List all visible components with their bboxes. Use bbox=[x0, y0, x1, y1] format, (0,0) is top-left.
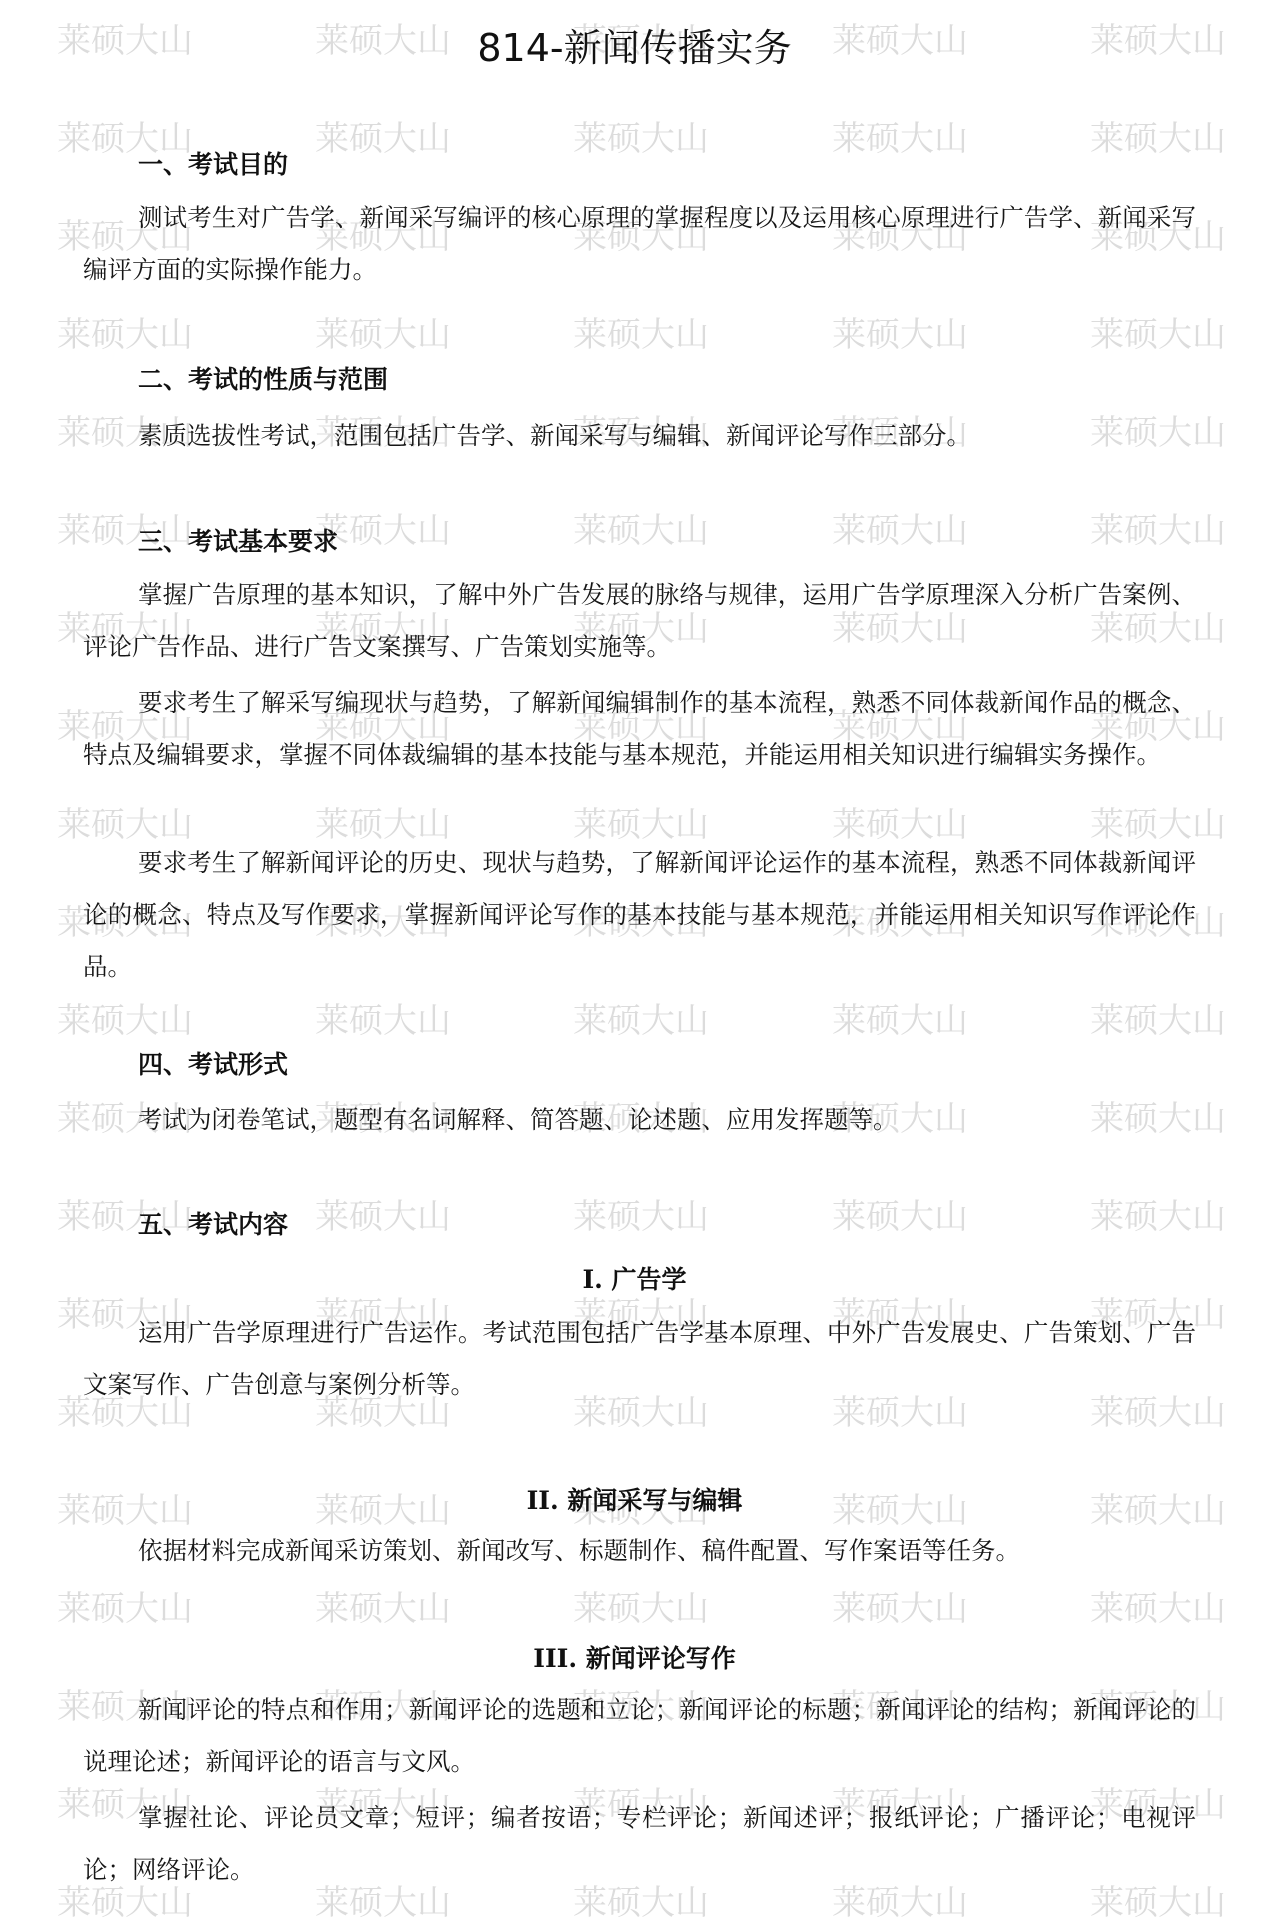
watermark: 莱硕大山 bbox=[573, 1004, 709, 1038]
watermark: 莱硕大山 bbox=[315, 1592, 451, 1626]
watermark: 莱硕大山 bbox=[1090, 1200, 1226, 1234]
watermark: 莱硕大山 bbox=[315, 122, 451, 156]
watermark: 莱硕大山 bbox=[57, 1592, 193, 1626]
watermark: 莱硕大山 bbox=[57, 1004, 193, 1038]
watermark: 莱硕大山 bbox=[573, 514, 709, 548]
watermark: 莱硕大山 bbox=[573, 318, 709, 352]
section-heading-requirements: 三、考试基本要求 bbox=[138, 524, 338, 560]
watermark: 莱硕大山 bbox=[573, 1592, 709, 1626]
paragraph-requirements-editing: 要求考生了解采写编现状与趋势，了解新闻编辑制作的基本流程，熟悉不同体裁新闻作品的… bbox=[83, 677, 1196, 781]
watermark: 莱硕大山 bbox=[832, 318, 968, 352]
paragraph-requirements-commentary: 要求考生了解新闻评论的历史、现状与趋势，了解新闻评论运作的基本流程，熟悉不同体裁… bbox=[83, 837, 1196, 993]
subsection-heading-advertising: I. 广告学 bbox=[0, 1262, 1269, 1298]
paragraph-purpose: 测试考生对广告学、新闻采写编评的核心原理的掌握程度以及运用核心原理进行广告学、新… bbox=[83, 192, 1196, 296]
paragraph-advertising: 运用广告学原理进行广告运作。考试范围包括广告学基本原理、中外广告发展史、广告策划… bbox=[83, 1307, 1196, 1411]
watermark: 莱硕大山 bbox=[1090, 318, 1226, 352]
paragraph-format: 考试为闭卷笔试，题型有名词解释、简答题、论述题、应用发挥题等。 bbox=[83, 1094, 1196, 1146]
page-title: 814-新闻传播实务 bbox=[0, 22, 1269, 74]
watermark: 莱硕大山 bbox=[832, 1592, 968, 1626]
paragraph-news-editing: 依据材料完成新闻采访策划、新闻改写、标题制作、稿件配置、写作案语等任务。 bbox=[83, 1525, 1196, 1577]
section-heading-format: 四、考试形式 bbox=[138, 1047, 288, 1083]
watermark: 莱硕大山 bbox=[1090, 1592, 1226, 1626]
watermark: 莱硕大山 bbox=[315, 318, 451, 352]
watermark: 莱硕大山 bbox=[832, 514, 968, 548]
watermark: 莱硕大山 bbox=[1090, 514, 1226, 548]
section-heading-purpose: 一、考试目的 bbox=[138, 147, 288, 183]
watermark: 莱硕大山 bbox=[573, 1200, 709, 1234]
watermark: 莱硕大山 bbox=[57, 318, 193, 352]
watermark: 莱硕大山 bbox=[573, 122, 709, 156]
watermark: 莱硕大山 bbox=[315, 1200, 451, 1234]
subsection-heading-news-editing: II. 新闻采写与编辑 bbox=[0, 1483, 1269, 1519]
watermark: 莱硕大山 bbox=[1090, 1004, 1226, 1038]
watermark: 莱硕大山 bbox=[832, 122, 968, 156]
watermark: 莱硕大山 bbox=[832, 1004, 968, 1038]
subsection-heading-commentary-writing: III. 新闻评论写作 bbox=[0, 1641, 1269, 1677]
section-heading-nature: 二、考试的性质与范围 bbox=[138, 362, 388, 398]
paragraph-nature: 素质选拔性考试，范围包括广告学、新闻采写与编辑、新闻评论写作三部分。 bbox=[83, 410, 1196, 462]
paragraph-commentary-genres: 掌握社论、评论员文章；短评；编者按语；专栏评论；新闻述评；报纸评论；广播评论；电… bbox=[83, 1792, 1196, 1896]
watermark: 莱硕大山 bbox=[832, 1200, 968, 1234]
paragraph-commentary-topics: 新闻评论的特点和作用；新闻评论的选题和立论；新闻评论的标题；新闻评论的结构；新闻… bbox=[83, 1684, 1196, 1788]
watermark: 莱硕大山 bbox=[1090, 122, 1226, 156]
section-heading-content: 五、考试内容 bbox=[138, 1207, 288, 1243]
watermark: 莱硕大山 bbox=[315, 1004, 451, 1038]
paragraph-requirements-ads: 掌握广告原理的基本知识，了解中外广告发展的脉络与规律，运用广告学原理深入分析广告… bbox=[83, 569, 1196, 673]
